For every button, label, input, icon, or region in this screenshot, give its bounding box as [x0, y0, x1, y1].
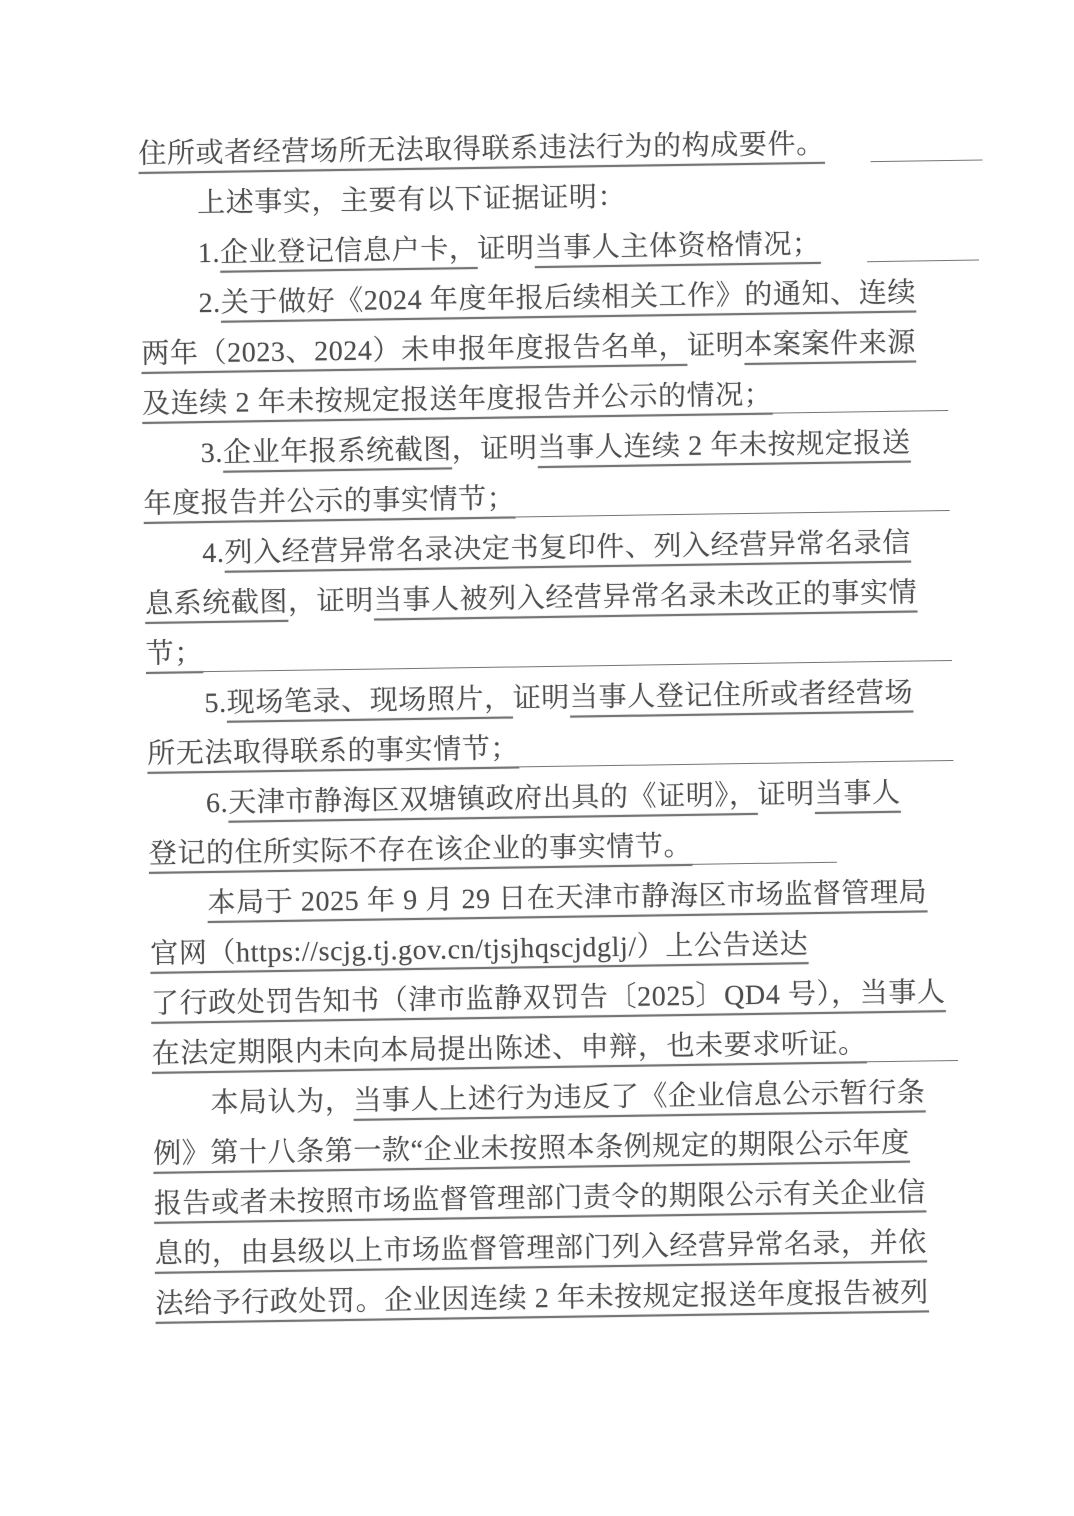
text-segment: 2.: [198, 279, 221, 329]
underlined-text-segment: 当事人上述行为违反了《企业信息公示暂行条: [353, 1068, 926, 1126]
text-segment: ，证明: [451, 424, 538, 475]
text-segment: 5.: [204, 679, 227, 729]
underlined-text-segment: 年度报告并公示的事实情节；: [143, 474, 516, 530]
blank-rule: [866, 1018, 958, 1062]
underlined-text-segment: 住所或者经营场所无法取得联系违法行为的构成要件。: [138, 120, 825, 180]
underlined-text-segment: 息系统截图: [145, 578, 289, 630]
underlined-text-segment: 两年（2023、2024）未申报年度报告名单，: [141, 322, 687, 380]
text-segment: 6.: [206, 779, 229, 829]
underlined-text-segment: 当事人登记住所或者经营场: [570, 669, 914, 724]
underlined-text-segment: 当事人: [814, 769, 901, 820]
underlined-text-segment: 企业年报系统截图: [223, 425, 453, 478]
underlined-text-segment: 天津市静海区双塘镇政府出具的《证明》，: [228, 771, 758, 829]
underlined-text-segment: 登记的住所实际不存在该企业的事实情节。: [148, 822, 692, 880]
underlined-text-segment: 法给予行政处罚。企业因连续 2 年未按规定报送年度报告被列: [155, 1268, 929, 1329]
underlined-text-segment: 所无法取得联系的事实情节；: [147, 724, 520, 780]
blank-rule: [515, 468, 950, 517]
blank-rule: [692, 820, 838, 865]
blank-rule: [519, 718, 954, 767]
text-segment: 证明: [687, 321, 745, 372]
text-segment: 1.: [197, 229, 220, 279]
underlined-text-segment: 当事人被列入经营异常名录未改正的事实情: [373, 568, 917, 626]
text-segment: 证明: [477, 224, 535, 275]
blank-rule-end: [866, 218, 979, 263]
text-segment: 4.: [202, 529, 225, 579]
underlined-text-segment: 现场笔录、现场照片，: [226, 675, 513, 729]
text-segment: 3.: [200, 429, 223, 479]
text-segment: 证明: [757, 770, 815, 821]
underlined-text-segment: 当事人主体资格情况；: [534, 220, 821, 274]
underlined-text-segment: 节；: [145, 629, 203, 680]
text-segment: 证明: [512, 674, 570, 725]
text-segment: 本局认为，: [210, 1077, 354, 1129]
text-segment: 上述事实，主要有以下证据证明：: [197, 173, 627, 229]
underlined-text-segment: 企业登记信息户卡，: [220, 225, 478, 279]
document-line: 法给予行政处罚。企业因连续 2 年未按规定报送年度报告被列: [155, 1268, 962, 1330]
blank-rule-end: [870, 117, 983, 162]
text-segment: ，证明: [288, 577, 375, 628]
document-page: 住所或者经营场所无法取得联系违法行为的构成要件。上述事实，主要有以下证据证明：1…: [0, 0, 1074, 1516]
underlined-text-segment: 本局于 2025 年 9 月 29 日在天津市静海区市场监督管理局: [207, 868, 927, 929]
underlined-text-segment: 本案案件来源: [744, 318, 916, 371]
blank-rule: [772, 368, 948, 414]
document-body: 住所或者经营场所无法取得联系违法行为的构成要件。上述事实，主要有以下证据证明：1…: [138, 118, 962, 1330]
underlined-text-segment: 当事人连续 2 年未按规定报送: [537, 419, 911, 475]
